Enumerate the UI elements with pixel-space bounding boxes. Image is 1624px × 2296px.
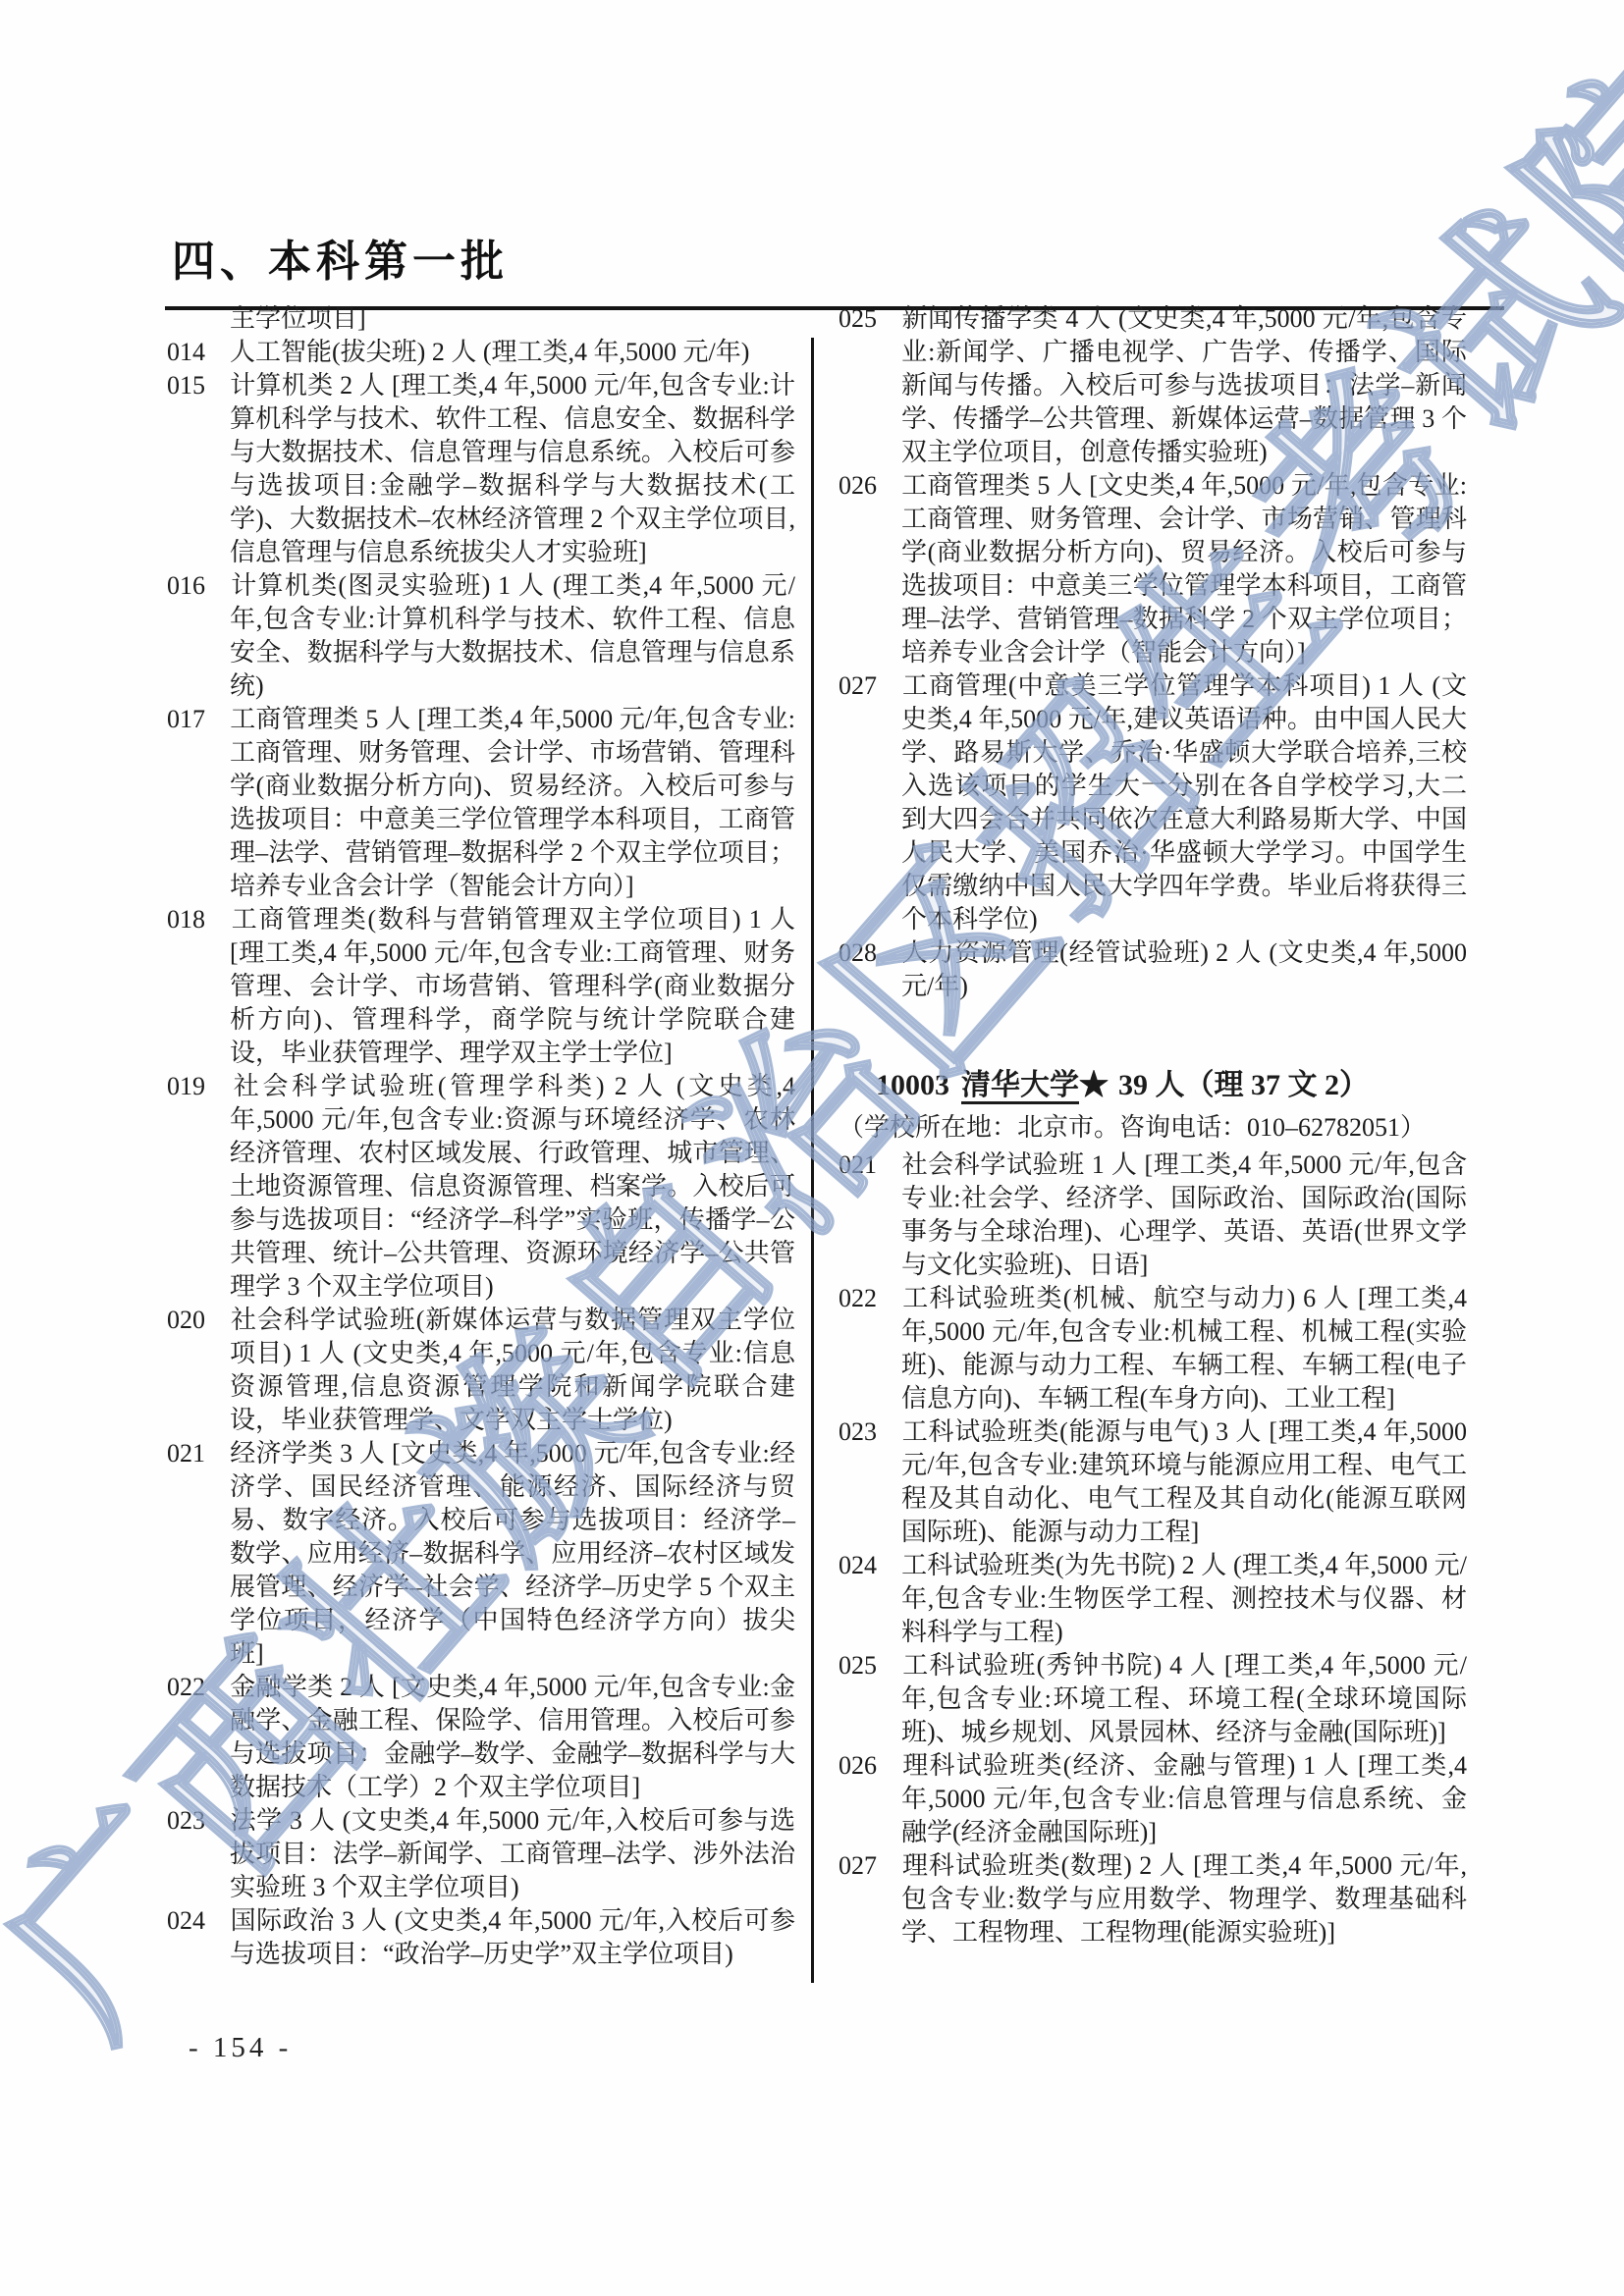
program-code: 024: [839, 1549, 901, 1582]
program-text: 工商管理类(数科与营销管理双主学位项目) 1 人 [理工类,4 年,5000 元…: [230, 905, 795, 1067]
program-code: 018: [167, 903, 230, 936]
program-text: 国际政治 3 人 (文史类,4 年,5000 元/年,入校后可参与选拔项目：“政…: [230, 1906, 795, 1968]
program-code: 023: [167, 1804, 230, 1838]
program-text: 社会科学试验班(管理学科类) 2 人 (文史类,4 年,5000 元/年,包含专…: [230, 1072, 795, 1301]
program-code: 022: [167, 1671, 230, 1704]
continuation-line: 主学位项目]: [167, 302, 795, 336]
program-code: 025: [839, 302, 901, 336]
program-entry: 015计算机类 2 人 [理工类,4 年,5000 元/年,包含专业:计算机科学…: [167, 369, 795, 569]
program-code: 024: [167, 1904, 230, 1938]
program-entry: 020社会科学试验班(新媒体运营与数据管理双主学位项目) 1 人 (文史类,4 …: [167, 1304, 795, 1437]
program-text: 工商管理类 5 人 [文史类,4 年,5000 元/年,包含专业:工商管理、财务…: [901, 471, 1467, 667]
program-entry: 027理科试验班类(数理) 2 人 [理工类,4 年,5000 元/年,包含专业…: [839, 1849, 1467, 1949]
program-entry: 025新闻传播学类 4 人 (文史类,4 年,5000 元/年,包含专业:新闻学…: [839, 302, 1467, 469]
program-code: 027: [839, 1849, 901, 1883]
program-code: 014: [167, 336, 230, 369]
program-code: 023: [839, 1415, 901, 1449]
program-text: 工科试验班类(机械、航空与动力) 6 人 [理工类,4 年,5000 元/年,包…: [901, 1284, 1467, 1413]
program-code: 021: [167, 1437, 230, 1470]
program-text: 新闻传播学类 4 人 (文史类,4 年,5000 元/年,包含专业:新闻学、广播…: [901, 304, 1467, 466]
program-entry: 023工科试验班类(能源与电气) 3 人 [理工类,4 年,5000 元/年,包…: [839, 1415, 1467, 1549]
program-text: 计算机类(图灵实验班) 1 人 (理工类,4 年,5000 元/年,包含专业:计…: [230, 571, 795, 700]
program-code: 022: [839, 1282, 901, 1315]
program-text: 工商管理(中意美三学位管理学本科项目) 1 人 (文史类,4 年,5000 元/…: [901, 671, 1467, 934]
program-text: 人力资源管理(经管试验班) 2 人 (文史类,4 年,5000 元/年): [901, 938, 1467, 1000]
program-text: 人工智能(拔尖班) 2 人 (理工类,4 年,5000 元/年): [230, 338, 749, 366]
program-text: 金融学类 2 人 [文史类,4 年,5000 元/年,包含专业:金融学、金融工程…: [230, 1673, 795, 1801]
program-text: 社会科学试验班(新媒体运营与数据管理双主学位项目) 1 人 (文史类,4 年,5…: [230, 1306, 795, 1434]
page-title: 四、本科第一批: [172, 226, 509, 289]
program-entry: 018工商管理类(数科与营销管理双主学位项目) 1 人 [理工类,4 年,500…: [167, 903, 795, 1070]
program-entry: 026理科试验班类(经济、金融与管理) 1 人 [理工类,4 年,5000 元/…: [839, 1749, 1467, 1849]
program-code: 028: [839, 936, 901, 970]
program-code: 015: [167, 369, 230, 402]
school-quota: 39 人（理 37 文 2）: [1118, 1069, 1369, 1101]
program-entry: 021社会科学试验班 1 人 [理工类,4 年,5000 元/年,包含专业:社会…: [839, 1148, 1467, 1282]
program-code: 016: [167, 569, 230, 603]
left-column: 主学位项目] 014人工智能(拔尖班) 2 人 (理工类,4 年,5000 元/…: [167, 302, 795, 1971]
star-icon: ★: [1079, 1069, 1109, 1101]
column-divider: [811, 338, 814, 1983]
right-column: 025新闻传播学类 4 人 (文史类,4 年,5000 元/年,包含专业:新闻学…: [839, 302, 1467, 1949]
program-entry: 025工科试验班(秀钟书院) 4 人 [理工类,4 年,5000 元/年,包含专…: [839, 1649, 1467, 1749]
program-text: 工科试验班类(为先书院) 2 人 (理工类,4 年,5000 元/年,包含专业:…: [901, 1551, 1467, 1646]
program-entry: 024国际政治 3 人 (文史类,4 年,5000 元/年,入校后可参与选拔项目…: [167, 1904, 795, 1971]
program-code: 020: [167, 1304, 230, 1337]
school-name: 清华大学: [961, 1069, 1079, 1101]
program-entry: 014人工智能(拔尖班) 2 人 (理工类,4 年,5000 元/年): [167, 336, 795, 369]
program-text: 经济学类 3 人 [文史类,4 年,5000 元/年,包含专业:经济学、国民经济…: [230, 1439, 795, 1668]
program-text: 工科试验班(秀钟书院) 4 人 [理工类,4 年,5000 元/年,包含专业:环…: [901, 1651, 1467, 1746]
program-entry: 022金融学类 2 人 [文史类,4 年,5000 元/年,包含专业:金融学、金…: [167, 1671, 795, 1804]
program-text: 法学 3 人 (文史类,4 年,5000 元/年,入校后可参与选拔项目：法学–新…: [230, 1806, 795, 1901]
program-code: 017: [167, 703, 230, 736]
program-code: 026: [839, 469, 901, 503]
school-info: （学校所在地：北京市。咨询电话：010–62782051）: [839, 1111, 1467, 1145]
left-entries: 014人工智能(拔尖班) 2 人 (理工类,4 年,5000 元/年)015计算…: [167, 336, 795, 1971]
program-code: 021: [839, 1148, 901, 1182]
program-text: 理科试验班类(数理) 2 人 [理工类,4 年,5000 元/年,包含专业:数学…: [901, 1851, 1467, 1947]
school-header: 10003清华大学★39 人（理 37 文 2）: [839, 1066, 1467, 1105]
program-text: 理科试验班类(经济、金融与管理) 1 人 [理工类,4 年,5000 元/年,包…: [901, 1751, 1467, 1846]
school-entries: 021社会科学试验班 1 人 [理工类,4 年,5000 元/年,包含专业:社会…: [839, 1148, 1467, 1949]
program-entry: 021经济学类 3 人 [文史类,4 年,5000 元/年,包含专业:经济学、国…: [167, 1437, 795, 1671]
program-entry: 023法学 3 人 (文史类,4 年,5000 元/年,入校后可参与选拔项目：法…: [167, 1804, 795, 1904]
program-text: 社会科学试验班 1 人 [理工类,4 年,5000 元/年,包含专业:社会学、经…: [901, 1150, 1467, 1279]
program-entry: 019社会科学试验班(管理学科类) 2 人 (文史类,4 年,5000 元/年,…: [167, 1070, 795, 1304]
program-code: 027: [839, 669, 901, 703]
program-entry: 028人力资源管理(经管试验班) 2 人 (文史类,4 年,5000 元/年): [839, 936, 1467, 1003]
program-entry: 017工商管理类 5 人 [理工类,4 年,5000 元/年,包含专业:工商管理…: [167, 703, 795, 903]
program-code: 026: [839, 1749, 901, 1783]
program-text: 工商管理类 5 人 [理工类,4 年,5000 元/年,包含专业:工商管理、财务…: [230, 705, 795, 900]
program-entry: 026工商管理类 5 人 [文史类,4 年,5000 元/年,包含专业:工商管理…: [839, 469, 1467, 669]
right-entries-top: 025新闻传播学类 4 人 (文史类,4 年,5000 元/年,包含专业:新闻学…: [839, 302, 1467, 1003]
program-text: 计算机类 2 人 [理工类,4 年,5000 元/年,包含专业:计算机科学与技术…: [230, 371, 795, 566]
program-entry: 016计算机类(图灵实验班) 1 人 (理工类,4 年,5000 元/年,包含专…: [167, 569, 795, 703]
program-code: 019: [167, 1070, 230, 1103]
page-number: - 154 -: [189, 2032, 292, 2064]
school-code: 10003: [876, 1069, 949, 1101]
program-code: 025: [839, 1649, 901, 1682]
program-text: 工科试验班类(能源与电气) 3 人 [理工类,4 年,5000 元/年,包含专业…: [901, 1417, 1467, 1546]
program-entry: 022工科试验班类(机械、航空与动力) 6 人 [理工类,4 年,5000 元/…: [839, 1282, 1467, 1415]
program-entry: 024工科试验班类(为先书院) 2 人 (理工类,4 年,5000 元/年,包含…: [839, 1549, 1467, 1649]
program-entry: 027工商管理(中意美三学位管理学本科项目) 1 人 (文史类,4 年,5000…: [839, 669, 1467, 936]
